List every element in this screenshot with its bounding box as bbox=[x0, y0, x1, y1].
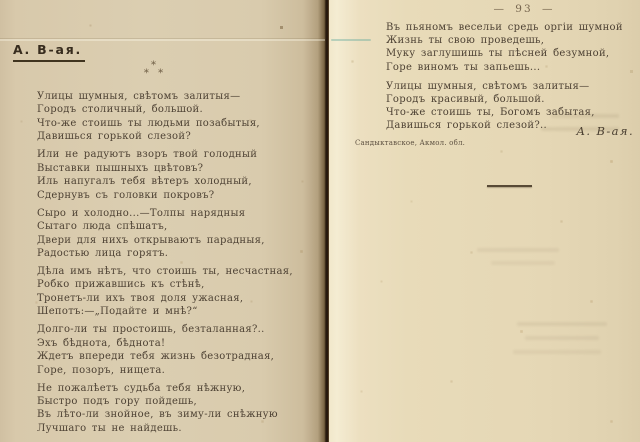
poem-line: Городъ красивый, большой. bbox=[386, 93, 623, 106]
stanza: Или не радуютъ взоръ твой голодный Выста… bbox=[37, 148, 293, 202]
stanza: Сыро и холодно...—Толпы нарядныя Сытаго … bbox=[37, 207, 293, 261]
book-spread: А. В-ая. * * * Улицы шумныя, свѣтомъ зал… bbox=[0, 0, 640, 442]
poem-line: Давишься горькой слезой? bbox=[37, 130, 293, 143]
poem-line: Дѣла имъ нѣтъ, что стоишь ты, несчастная… bbox=[37, 265, 293, 278]
poem-line: Выставки пышныхъ цвѣтовъ? bbox=[37, 162, 293, 175]
stanza-separator: * * * bbox=[140, 62, 170, 78]
poem-line: Въ пьяномъ весельи средь оргіи шумной bbox=[386, 21, 623, 34]
poem-line: Ждетъ впереди тебя жизнь безотрадная, bbox=[37, 350, 293, 363]
poem-line: Робко прижавшись къ стѣнѣ, bbox=[37, 278, 293, 291]
poem-line: Эхъ бѣднота, бѣднота! bbox=[37, 337, 293, 350]
poem-line: Сыро и холодно...—Толпы нарядныя bbox=[37, 207, 293, 220]
stanza: Дѣла имъ нѣтъ, что стоишь ты, несчастная… bbox=[37, 265, 293, 319]
section-divider bbox=[487, 185, 532, 187]
right-page: — 93 — Въ пьяномъ весельи средь оргіи шу… bbox=[329, 0, 640, 442]
stanza: Долго-ли ты простоишь, безталанная?.. Эх… bbox=[37, 323, 293, 377]
left-page: А. В-ая. * * * Улицы шумныя, свѣтомъ зал… bbox=[0, 0, 326, 442]
separator-asterisks-bottom: * * bbox=[140, 70, 170, 78]
poem-line: Муку заглушишь ты пѣсней безумной, bbox=[386, 47, 623, 60]
poem-line: Въ лѣто-ли знойное, въ зиму-ли снѣжную bbox=[37, 408, 293, 421]
bleed-through-text bbox=[541, 127, 619, 131]
poem-line: Улицы шумныя, свѣтомъ залитыя— bbox=[386, 80, 623, 93]
poem-line: Быстро подъ гору пойдешь, bbox=[37, 395, 293, 408]
paper-foxing-speckles bbox=[0, 0, 1, 1]
poem-left-column: Улицы шумныя, свѣтомъ залитыя— Городъ ст… bbox=[37, 90, 293, 440]
bleed-through-text bbox=[477, 248, 559, 252]
poem-line: Иль напугалъ тебя вѣтеръ холодный, bbox=[37, 175, 293, 188]
poem-line: Не пожалѣетъ судьба тебя нѣжную, bbox=[37, 382, 293, 395]
poem-line: Улицы шумныя, свѣтомъ залитыя— bbox=[37, 90, 293, 103]
bleed-through-text bbox=[551, 114, 619, 118]
poem-line: Шепотъ:—„Подайте и мнѣ?“ bbox=[37, 305, 293, 318]
poem-right-column: Въ пьяномъ весельи средь оргіи шумной Жи… bbox=[386, 21, 623, 139]
poem-line: Жизнь ты свою проведешь, bbox=[386, 34, 623, 47]
bleed-through-text bbox=[491, 261, 555, 265]
poem-line: Двери для нихъ открываютъ парадныя, bbox=[37, 234, 293, 247]
poem-line: Долго-ли ты простоишь, безталанная?.. bbox=[37, 323, 293, 336]
bleed-through-text bbox=[513, 350, 601, 354]
page-crease bbox=[0, 39, 326, 41]
poem-line: Городъ столичный, большой. bbox=[37, 103, 293, 116]
author-heading: А. В-ая. bbox=[13, 42, 85, 62]
poem-line: Тронетъ-ли ихъ твоя доля ужасная, bbox=[37, 292, 293, 305]
poem-line: Лучшаго ты не найдешь. bbox=[37, 422, 293, 435]
stanza: Улицы шумныя, свѣтомъ залитыя— Городъ ст… bbox=[37, 90, 293, 144]
poem-line: Или не радуютъ взоръ твой голодный bbox=[37, 148, 293, 161]
bleed-through-text bbox=[517, 322, 607, 326]
poem-line: Что-же стоишь ты людьми позабытыя, bbox=[37, 117, 293, 130]
poem-line: Радостью лица горятъ. bbox=[37, 247, 293, 260]
location-note: Сандыктавское, Акмол. обл. bbox=[355, 139, 465, 147]
stanza: Не пожалѣетъ судьба тебя нѣжную, Быстро … bbox=[37, 382, 293, 436]
poem-line: Горе виномъ ты запьешь... bbox=[386, 61, 623, 74]
stanza: Въ пьяномъ весельи средь оргіи шумной Жи… bbox=[386, 21, 623, 74]
bleed-through-text bbox=[525, 336, 599, 340]
poem-line: Горе, позоръ, нищета. bbox=[37, 364, 293, 377]
poem-line: Сытаго люда спѣшатъ, bbox=[37, 220, 293, 233]
poem-line: Сдернувъ съ головки покровъ? bbox=[37, 189, 293, 202]
page-number: — 93 — bbox=[479, 3, 569, 15]
scan-artifact-line bbox=[331, 39, 371, 41]
